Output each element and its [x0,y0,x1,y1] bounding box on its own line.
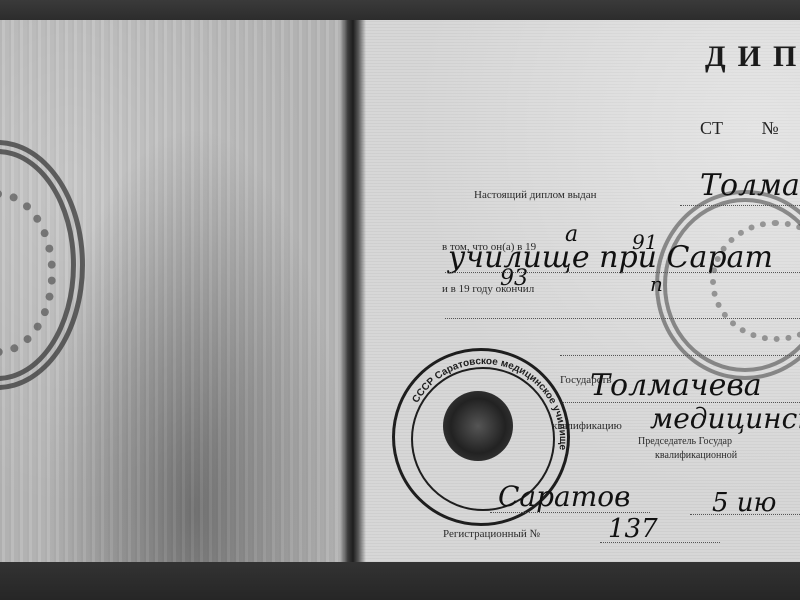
scan-border-top [0,0,800,22]
svg-text:СССР Саратовское медицинское у: СССР Саратовское медицинское училище [410,356,568,451]
diploma-scan: ДИП СТ № Настоящий диплом выдан Толма в … [0,0,800,600]
city-line [490,512,650,513]
issued-to-value: Толма [700,168,800,203]
diploma-title: ДИП [705,40,800,74]
date-line [690,514,800,515]
chairman-label-2: квалификационной [655,450,737,461]
scan-border-bottom [0,562,800,600]
institution-name: училище при Сарат [448,240,773,275]
registration-line [600,542,720,543]
diploma-series: СТ № [700,118,779,139]
registration-number: 137 [608,514,658,544]
graduated-mark: п [650,272,663,296]
blank-line-2 [560,355,800,356]
chairman-label: Председатель Государ [638,436,732,447]
institution-line [445,272,800,273]
city-value: Саратов [498,480,630,513]
blank-line-1 [445,318,800,319]
issued-to-line [680,205,800,206]
series-number-sign: № [762,118,779,138]
qualification-value: медицинск [650,402,800,435]
series-prefix: СТ [700,118,723,138]
specialty-value: Толмачева [590,368,762,403]
issued-to-label: Настоящий диплом выдан [474,189,597,201]
registration-label: Регистрационный № [443,528,540,540]
graduated-year: 93 [500,266,528,291]
page-fold [340,20,366,565]
